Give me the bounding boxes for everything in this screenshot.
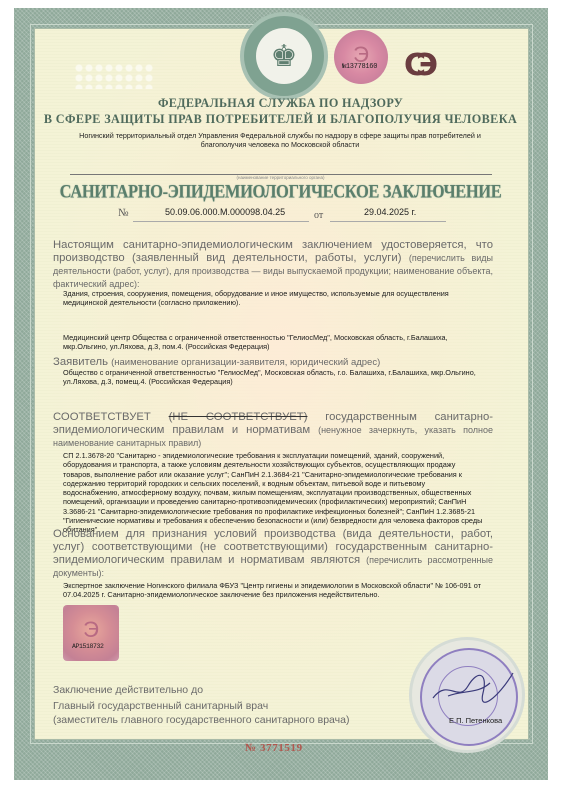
document-title: САНИТАРНО-ЭПИДЕМИОЛОГИЧЕСКОЕ ЗАКЛЮЧЕНИЕ [0, 181, 561, 203]
decorative-pattern [74, 63, 154, 89]
chief-doctor-deputy: (заместитель главного государственного с… [53, 714, 349, 726]
service-name-line1: ФЕДЕРАЛЬНАЯ СЛУЖБА ПО НАДЗОРУ [0, 96, 561, 111]
certificate-serial-number: № 3771519 [245, 742, 303, 754]
date-label: от [314, 210, 323, 221]
chief-doctor-title: Главный государственный санитарный врач [53, 700, 268, 712]
applicant-hint: (наименование организации-заявителя, юри… [111, 357, 380, 368]
valid-until-label: Заключение действительно до [53, 684, 203, 696]
intro-paragraph: Настоящим санитарно-эпидемиологическим з… [53, 239, 493, 291]
document-date: 29.04.2025 г. [364, 207, 416, 217]
hologram-sticker-bottom: Э АР1518732 [63, 605, 119, 661]
subject-text: Здания, строения, сооружения, помещения,… [63, 289, 483, 308]
conformity-yes: СООТВЕТСТВУЕТ [53, 411, 151, 423]
number-underline [133, 221, 309, 222]
se-logo: СЭ [404, 48, 428, 83]
service-name-line2: В СФЕРЕ ЗАЩИТЫ ПРАВ ПОТРЕБИТЕЛЕЙ И БЛАГО… [0, 112, 561, 127]
hologram-number-bottom: АР1518732 [72, 643, 104, 650]
applicant-label: Заявитель [53, 356, 108, 368]
double-headed-eagle-icon: ♚ [256, 28, 312, 84]
document-number-row: № 50.09.06.000.М.000098.04.25 от 29.04.2… [0, 206, 561, 224]
basis-documents: Экспертное заключение Ногинского филиала… [63, 581, 483, 600]
date-underline [330, 221, 446, 222]
coat-of-arms-emblem: ♚ [244, 16, 324, 96]
territorial-department: Ногинский территориальный отдел Управлен… [60, 131, 500, 149]
applicant-text: Общество с ограниченной ответственностью… [63, 368, 483, 387]
number-label: № [118, 207, 129, 219]
signature-icon [428, 668, 518, 708]
hologram-sticker-top: Э №13778160 [334, 30, 388, 84]
document-number: 50.09.06.000.М.000098.04.25 [165, 207, 285, 217]
basis-paragraph: Основанием для признания условий произво… [53, 528, 493, 580]
conformity-no-struck: (НЕ СООТВЕТСТВУЕТ) [169, 411, 308, 423]
signer-name: Е.П. Петенкова [449, 716, 502, 725]
conformity-paragraph: СООТВЕТСТВУЕТ (НЕ СООТВЕТСТВУЕТ) государ… [53, 411, 493, 450]
hologram-e-icon: Э [63, 617, 119, 643]
sanitary-rules-text: СП 2.1.3678-20 "Санитарно - эпидемиологи… [63, 451, 483, 535]
hologram-number: №13778160 [342, 63, 377, 71]
facility-address: Медицинский центр Общества с ограниченно… [63, 333, 483, 352]
department-caption: (наименование территориального органа) [0, 175, 561, 180]
